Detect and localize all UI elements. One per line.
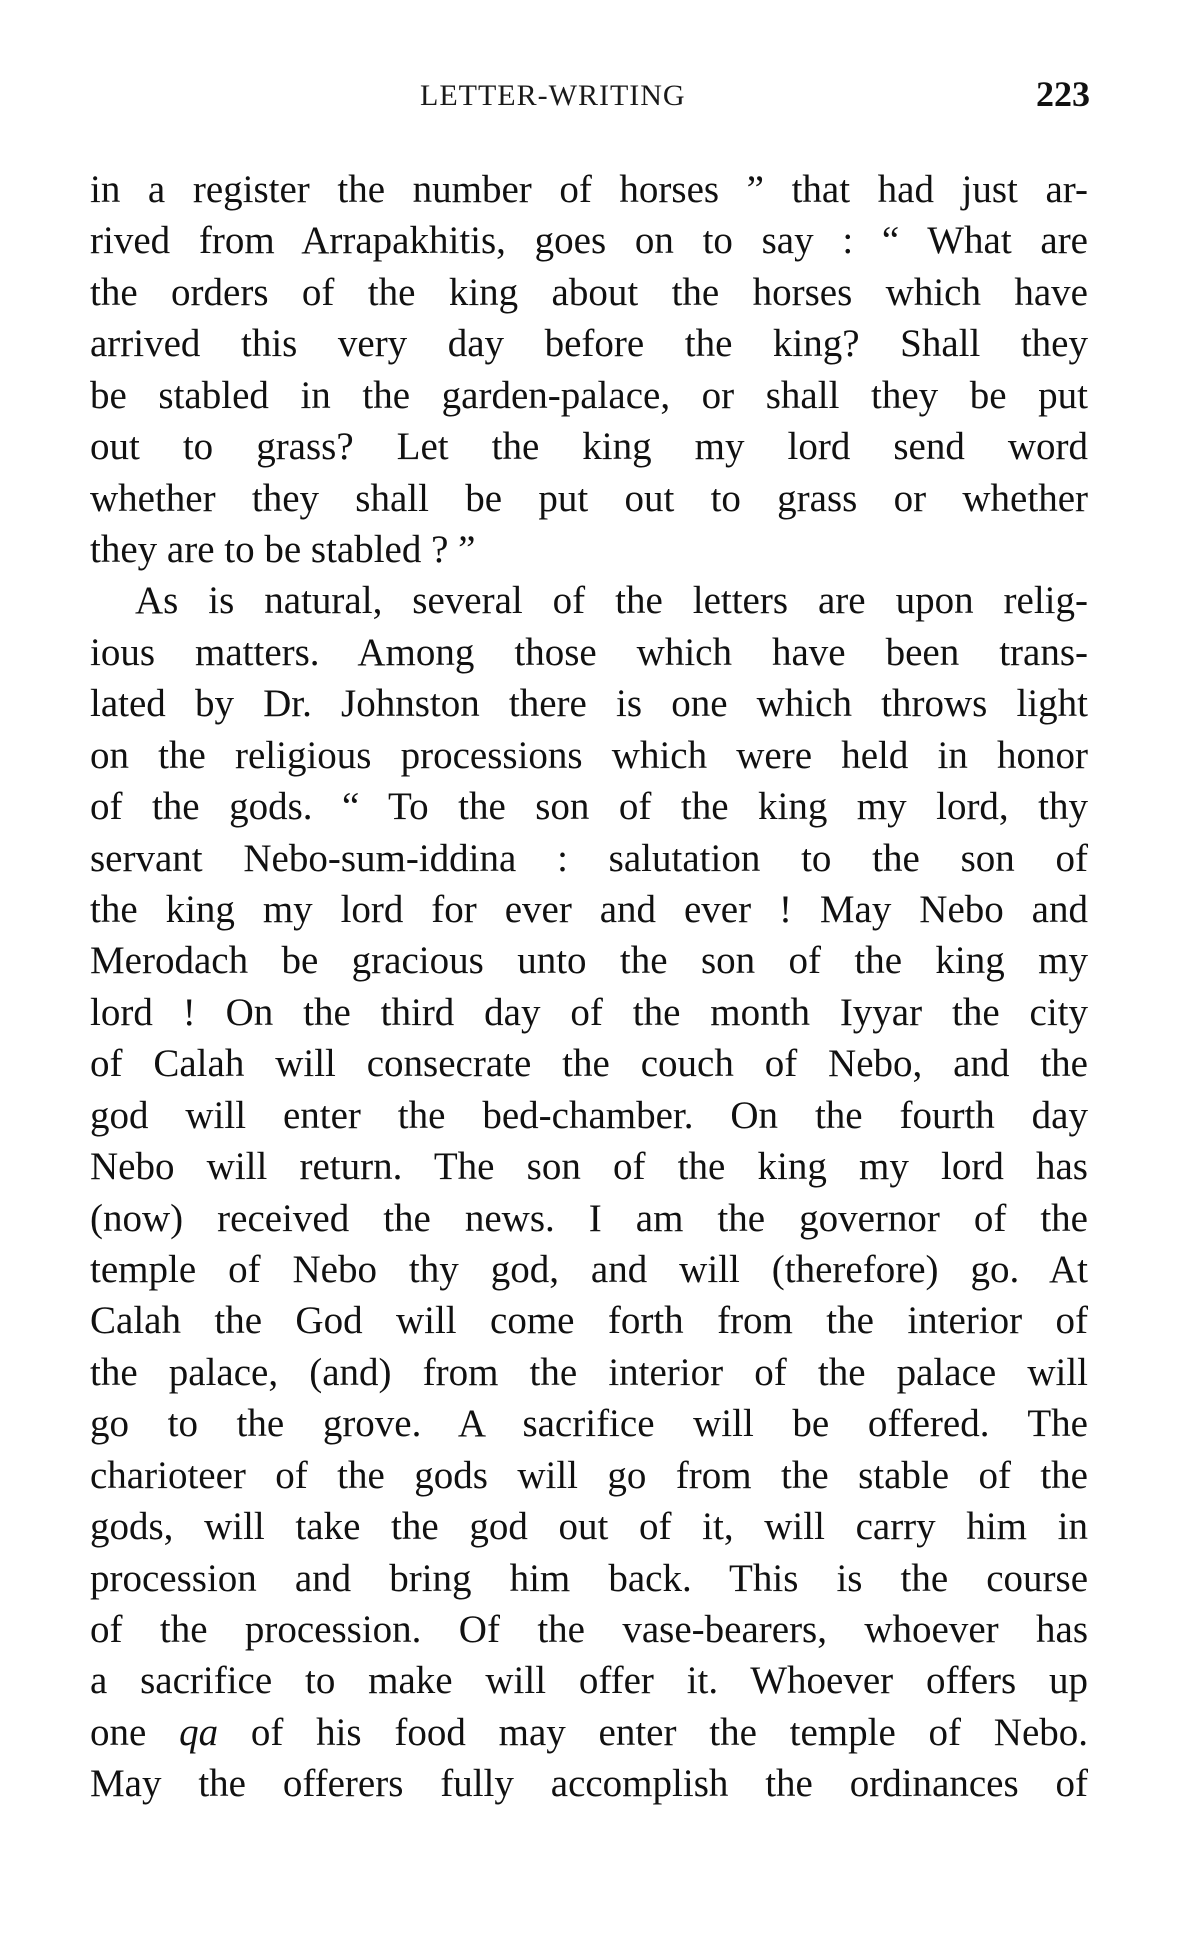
text-line: the king my lord for ever and ever ! May… xyxy=(90,884,1088,936)
text-line: Nebo will return. The son of the king my… xyxy=(90,1141,1088,1193)
text-line: Calah the God will come forth from the i… xyxy=(90,1295,1088,1347)
text-line: ious matters. Among those which have bee… xyxy=(90,627,1088,679)
text-line: arrived this very day before the king? S… xyxy=(90,318,1088,370)
text-line: on the religious processions which were … xyxy=(90,730,1088,782)
book-page: LETTER-WRITING 223 in a register the num… xyxy=(0,0,1179,1935)
text-line: May the offerers fully accomplish the or… xyxy=(90,1758,1088,1810)
text-line: out to grass? Let the king my lord send … xyxy=(90,421,1088,473)
text-line: a sacrifice to make will offer it. Whoev… xyxy=(90,1655,1088,1707)
text-line-with-italic: one qa of his food may enter the temple … xyxy=(90,1707,1088,1759)
text-line: of the procession. Of the vase-bearers, … xyxy=(90,1604,1088,1656)
text-line: go to the grove. A sacrifice will be off… xyxy=(90,1398,1088,1450)
text-line: gods, will take the god out of it, will … xyxy=(90,1501,1088,1553)
text-line: procession and bring him back. This is t… xyxy=(90,1553,1088,1605)
text-line: charioteer of the gods will go from the … xyxy=(90,1450,1088,1502)
text-line: whether they shall be put out to grass o… xyxy=(90,473,1088,525)
text-line: servant Nebo-sum-iddina : salutation to … xyxy=(90,833,1088,885)
text-line: god will enter the bed-chamber. On the f… xyxy=(90,1090,1088,1142)
text-line-paragraph-start: As is natural, several of the letters ar… xyxy=(135,575,1088,627)
text-line: in a register the number of horses ” tha… xyxy=(90,164,1088,216)
text-line: the palace, (and) from the interior of t… xyxy=(90,1347,1088,1399)
text-line: of the gods. “ To the son of the king my… xyxy=(90,781,1088,833)
text-line: (now) received the news. I am the govern… xyxy=(90,1193,1088,1245)
text-line: Merodach be gracious unto the son of the… xyxy=(90,935,1088,987)
text-line: be stabled in the garden-palace, or shal… xyxy=(90,370,1088,422)
text-line: lated by Dr. Johnston there is one which… xyxy=(90,678,1088,730)
text-line: lord ! On the third day of the month Iyy… xyxy=(90,987,1088,1039)
text-line: rived from Arrapakhitis, goes on to say … xyxy=(90,215,1088,267)
running-title: LETTER-WRITING xyxy=(420,78,686,114)
text-line: the orders of the king about the horses … xyxy=(90,267,1088,319)
italic-term: qa xyxy=(179,1711,218,1754)
text-line: temple of Nebo thy god, and will (theref… xyxy=(90,1244,1088,1296)
text-line-paragraph-end: they are to be stabled ? ” xyxy=(90,524,1088,576)
page-number: 223 xyxy=(1026,74,1090,114)
text-line: of Calah will consecrate the couch of Ne… xyxy=(90,1038,1088,1090)
